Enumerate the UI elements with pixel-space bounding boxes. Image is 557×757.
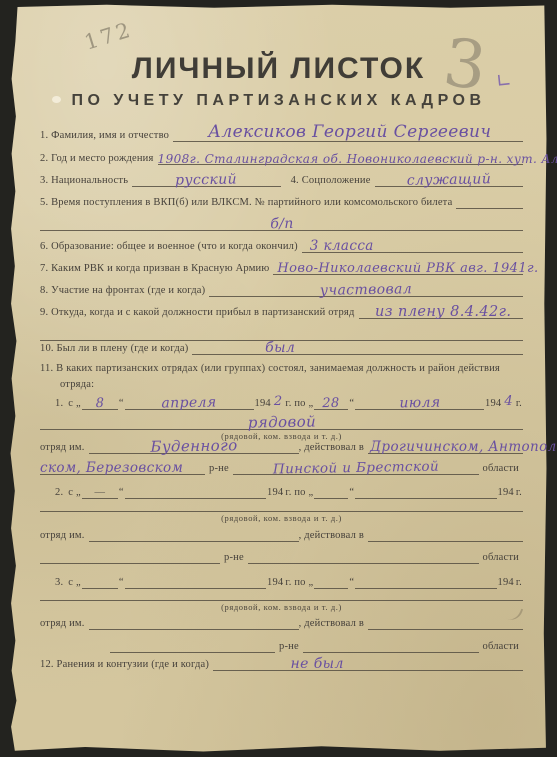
field-row-fronts: 8. Участие на фронтах (где и когда) учас… <box>40 282 523 297</box>
entry1-from-day-line: 8 <box>82 395 118 410</box>
entry2-acted2-line <box>40 549 220 564</box>
entry2-district-line <box>248 549 479 564</box>
entry3-rank-caption: (рядовой, ком. взвода и т. д.) <box>40 601 523 612</box>
field-line-arrival-2 <box>40 326 523 341</box>
handwritten-party: б/п <box>270 217 294 231</box>
field-line-birth: 1908г. Сталинградская об. Новониколаевск… <box>158 150 523 165</box>
entry1-district-line: Пинской и Брестской <box>233 460 479 475</box>
field-label-nationality: 3. Национальность <box>40 174 132 187</box>
entry2-rank-caption: (рядовой, ком. взвода и т. д.) <box>40 512 523 523</box>
entry1-district-row: ском, Березовском р-не Пинской и Брестск… <box>40 460 523 475</box>
entry3-acted-line <box>368 615 523 630</box>
entry2-otryad-row: отряд им. , действовал в <box>40 527 523 542</box>
field-line-nationality: русский <box>132 172 280 187</box>
entry1-to-month-line: июля <box>355 395 484 410</box>
entry1-otryad-label: отряд им. <box>40 441 89 454</box>
handwritten-to-month: июля <box>399 396 440 411</box>
handwritten-to-year-digit: 4 <box>504 395 512 408</box>
field-line-name: Алексиков Георгий Сергеевич <box>173 127 523 142</box>
entry1-to-close: “ <box>348 397 355 410</box>
document-subtitle: ПО УЧЕТУ ПАРТИЗАНСКИХ КАДРОВ <box>0 92 557 110</box>
field-row-education: 6. Образование: общее и военное (что и к… <box>40 238 523 253</box>
entry1-acted-line: Дрогичинском, Антополь- <box>368 439 523 454</box>
field-label-units-1: 11. В каких партизанских отрядах (или гр… <box>40 363 523 374</box>
handwritten-acted-2: ском, Березовском <box>40 462 183 476</box>
entry3-acted-label: , действовал в <box>299 617 368 630</box>
entry3-district-row: р-не области <box>110 638 523 653</box>
field-row-arrival: 9. Откуда, когда и с какой должности при… <box>40 304 523 319</box>
entry1-otryad-row: отряд им. Буденного , действовал в Дроги… <box>40 439 523 454</box>
field-line-party-2: б/п <box>40 216 523 231</box>
entry1-otryad-line: Буденного <box>89 439 299 454</box>
field-label-captivity: 10. Был ли в плену (где и когда) <box>40 342 192 355</box>
handwritten-fronts: участвовал <box>320 282 413 298</box>
field-row-rvk: 7. Каким РВК и когда призван в Красную А… <box>40 260 523 275</box>
handwritten-from-month: апреля <box>161 396 216 411</box>
field-line-party <box>456 194 523 209</box>
entry3-otryad-row: отряд им. , действовал в <box>40 615 523 630</box>
entry3-otryad-label: отряд им. <box>40 617 89 630</box>
handwritten-nationality: русский <box>175 172 237 187</box>
entry2-rne-label: р-не <box>220 551 248 564</box>
field-label-units-2: отряда: <box>60 379 523 390</box>
field-row-name: 1. Фамилия, имя и отчество Алексиков Гео… <box>40 127 523 142</box>
handwritten-from-year-digit: 2 <box>274 395 282 408</box>
handwritten-otryad: Буденного <box>150 438 237 455</box>
entry1-from-close: “ <box>118 397 125 410</box>
field-line-education: 3 класса <box>302 238 523 253</box>
entry3-rank-line <box>40 585 523 601</box>
entry1-rne-label: р-не <box>205 462 233 475</box>
field-line-rvk: Ново-Николаевский РВК авг. 1941г. <box>273 260 523 275</box>
entry1-po: г. по „ <box>284 397 314 410</box>
scanned-document: { "colors": { "paper": "#d9cca6", "print… <box>0 0 557 757</box>
entry3-oblast-label: области <box>479 640 524 653</box>
field-label-arrival: 9. Откуда, когда и с какой должности при… <box>40 306 359 319</box>
field-line-fronts: участвовал <box>209 282 523 297</box>
entry3-otryad-line <box>89 615 299 630</box>
entry1-number: 1. <box>55 397 67 410</box>
field-line-wounds: не был <box>213 656 523 671</box>
entry3-rne-label: р-не <box>275 640 303 653</box>
entry2-acted-line <box>368 527 523 542</box>
entry2-rank-line <box>40 496 523 512</box>
field-row-nationality-social: 3. Национальность русский 4. Соцположени… <box>40 172 523 187</box>
entry1-from-year-print: 194 <box>254 397 272 410</box>
field-label-social: 4. Соцположение <box>281 174 375 187</box>
entry1-from-month-line: апреля <box>125 395 254 410</box>
entry2-otryad-line <box>89 527 299 542</box>
field-row-birth: 2. Год и место рождения 1908г. Сталингра… <box>40 150 523 165</box>
entry1-from-open: с „ <box>67 397 82 410</box>
handwritten-rank: рядовой <box>247 414 316 430</box>
handwritten-birth: 1908г. Сталинградская об. Новониколаевск… <box>158 153 557 165</box>
entry1-g: г. <box>515 397 523 410</box>
entry2-rank-block: (рядовой, ком. взвода и т. д.) <box>40 496 523 523</box>
entry2-district-row: р-не области <box>40 549 523 564</box>
entry3-acted2-line <box>110 638 275 653</box>
entry3-district-line <box>303 638 479 653</box>
handwritten-social: служащий <box>406 172 491 187</box>
handwritten-arrival: из плену 8.4.42г. <box>375 305 511 320</box>
entry1-acted2-line: ском, Березовском <box>40 460 205 475</box>
field-label-wounds: 12. Ранения и контузии (где и когда) <box>40 658 213 671</box>
entry1-oblast-label: области <box>479 462 524 475</box>
entry1-acted-label: , действовал в <box>299 441 368 454</box>
field-row-wounds: 12. Ранения и контузии (где и когда) не … <box>40 656 523 671</box>
entry2-acted-label: , действовал в <box>299 529 368 542</box>
handwritten-districts: Пинской и Брестской <box>273 460 439 476</box>
entry3-rank-block: (рядовой, ком. взвода и т. д.) <box>40 585 523 612</box>
entry2-otryad-label: отряд им. <box>40 529 89 542</box>
field-label-name: 1. Фамилия, имя и отчество <box>40 129 173 142</box>
field-row-party-cont: б/п <box>40 216 523 231</box>
entry1-rank-block: рядовой (рядовой, ком. взвода и т. д.) <box>40 414 523 441</box>
entry1-rank-line: рядовой <box>40 414 523 430</box>
handwritten-acted-1: Дрогичинском, Антополь- <box>370 441 557 455</box>
field-line-captivity: был <box>192 340 523 355</box>
document-title: ЛИЧНЫЙ ЛИСТОК <box>0 52 557 86</box>
field-row-party: 5. Время поступления в ВКП(б) или ВЛКСМ.… <box>40 194 523 209</box>
handwritten-captivity: был <box>265 341 295 355</box>
field-label-education: 6. Образование: общее и военное (что и к… <box>40 240 302 253</box>
field-label-rvk: 7. Каким РВК и когда призван в Красную А… <box>40 262 273 275</box>
field-row-captivity: 10. Был ли в плену (где и когда) был <box>40 340 523 355</box>
entry2-oblast-label: области <box>479 551 524 564</box>
handwritten-education: 3 класса <box>310 240 374 254</box>
entry1-to-day-line: 28 <box>314 395 348 410</box>
field-line-arrival: из плену 8.4.42г. <box>359 304 524 319</box>
field-label-party: 5. Время поступления в ВКП(б) или ВЛКСМ.… <box>40 196 456 209</box>
handwritten-from-day: 8 <box>95 397 104 410</box>
field-label-fronts: 8. Участие на фронтах (где и когда) <box>40 284 209 297</box>
handwritten-to-day: 28 <box>323 397 341 410</box>
entry1-date-row: 1. с „ 8 “ апреля 194 2 г. по „ 28 “ июл… <box>55 395 523 410</box>
handwritten-wounds: не был <box>291 657 344 671</box>
handwritten-rvk: Ново-Николаевский РВК авг. 1941г. <box>277 262 538 275</box>
handwritten-name: Алексиков Георгий Сергеевич <box>208 124 491 141</box>
entry1-to-year-print: 194 <box>484 397 502 410</box>
field-line-social: служащий <box>375 172 523 187</box>
field-row-arrival-cont <box>40 326 523 341</box>
field-label-birth: 2. Год и место рождения <box>40 152 158 165</box>
